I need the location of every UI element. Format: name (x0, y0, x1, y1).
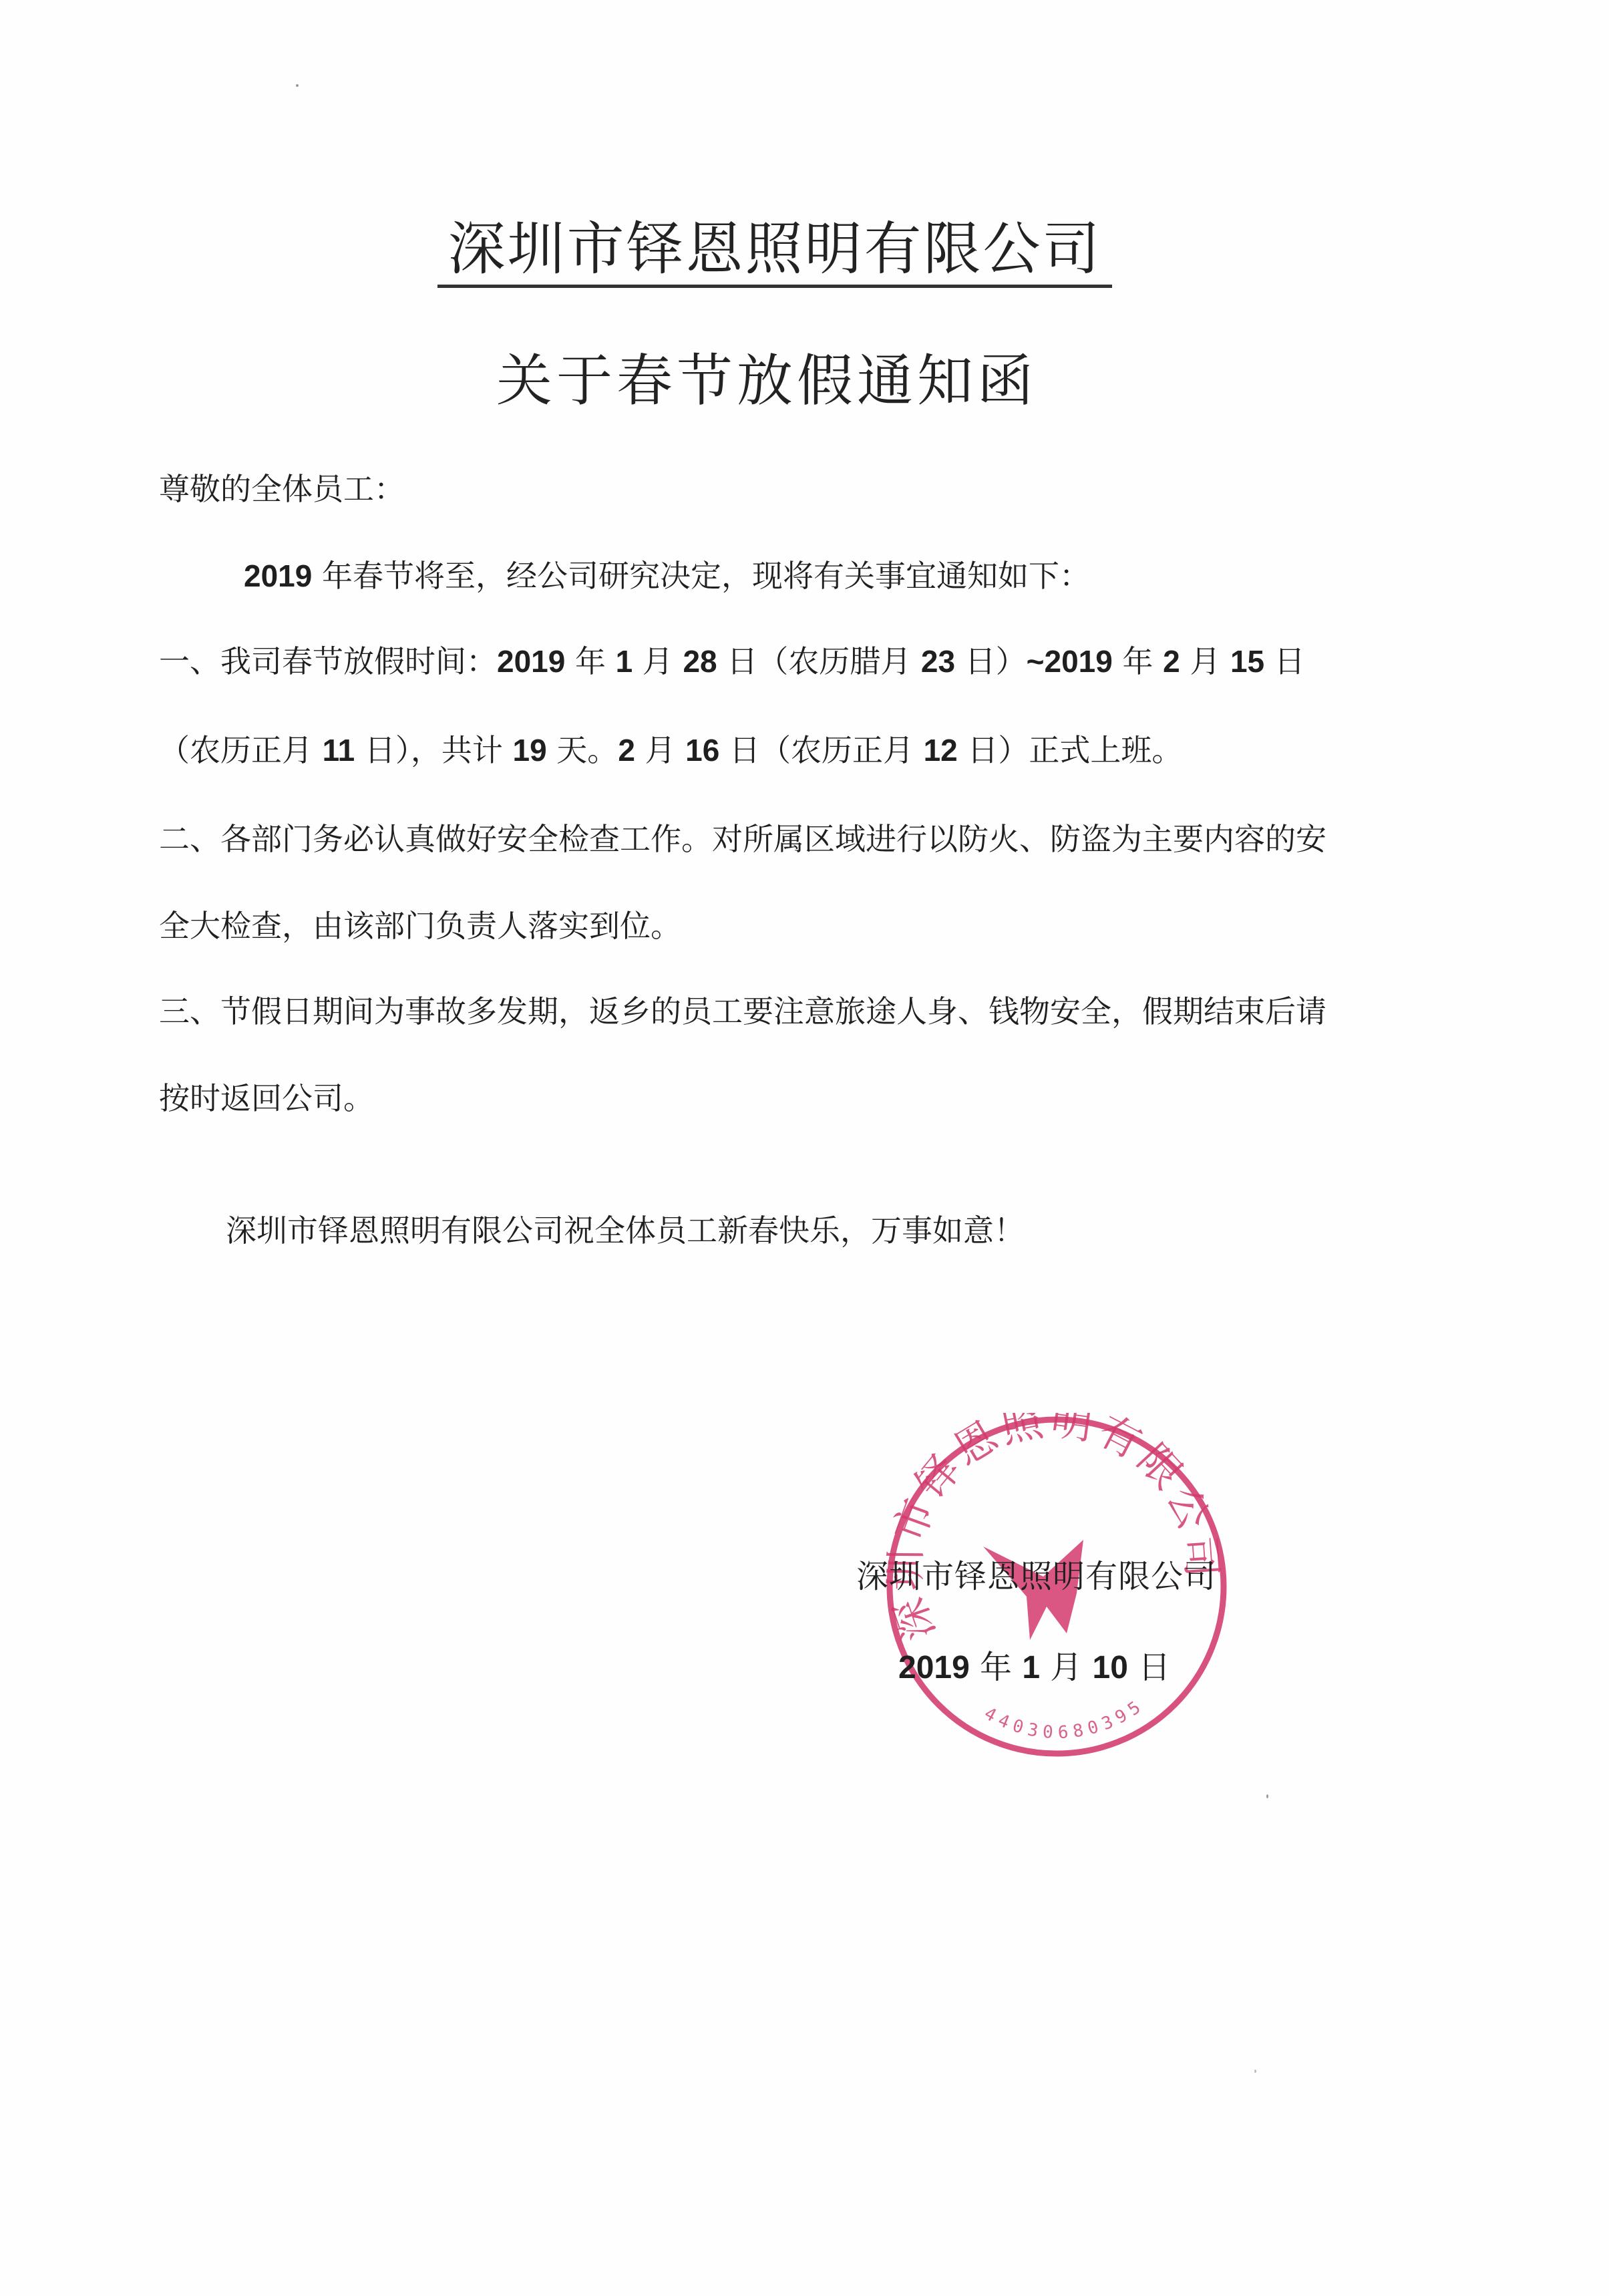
scan-speck (296, 84, 299, 87)
text: 月 (633, 643, 683, 679)
notice-title: 关于春节放假通知函 (486, 344, 1047, 418)
text: 年 (1113, 643, 1163, 679)
text: 年 (970, 1649, 1023, 1686)
intro-text: 年春节将至，经公司研究决定，现将有关事宜通知如下： (312, 558, 1090, 594)
text: 天。 (547, 732, 618, 768)
text: 日 (1264, 643, 1305, 679)
item2-line2: 全大检查，由该部门负责人落实到位。 (159, 906, 681, 946)
text: 日） (955, 643, 1027, 679)
scan-speck (1266, 1794, 1268, 1798)
title-underline (437, 285, 1112, 288)
text: 年 (565, 643, 615, 679)
document-page: 深圳市铎恩照明有限公司 关于春节放假通知函 尊敬的全体员工： 2019 年春节将… (0, 0, 1609, 2296)
text: （农历正月 (159, 732, 323, 768)
seal-registration-number: 44030680395 (980, 1695, 1149, 1744)
return-day: 16 (685, 733, 719, 768)
item2-line1: 二、各部门务必认真做好安全检查工作。对所属区域进行以防火、防盗为主要内容的安 (159, 819, 1326, 859)
text: 日 (1128, 1649, 1170, 1686)
item1-prefix: 一、我司春节放假时间： (159, 643, 497, 679)
start-year: 2019 (497, 644, 565, 679)
text: 日（农历腊月 (717, 643, 921, 679)
sign-month: 1 (1022, 1650, 1040, 1685)
signature-company: 深圳市铎恩照明有限公司 (856, 1556, 1216, 1597)
return-month: 2 (618, 733, 635, 768)
text: 月 (635, 732, 685, 768)
intro-paragraph: 2019 年春节将至，经公司研究决定，现将有关事宜通知如下： (244, 556, 1090, 596)
lunar-start-day: 23 (921, 644, 955, 679)
start-day: 28 (683, 644, 717, 679)
intro-year: 2019 (244, 558, 312, 593)
text: 月 (1040, 1649, 1093, 1686)
lunar-return-day: 12 (924, 733, 958, 768)
salutation: 尊敬的全体员工： (159, 469, 405, 509)
item3-line1: 三、节假日期间为事故多发期，返乡的员工要注意旅途人身、钱物安全，假期结束后请 (159, 991, 1326, 1031)
sign-year: 2019 (898, 1650, 970, 1685)
company-title: 深圳市铎恩照明有限公司 (437, 212, 1112, 286)
closing-greeting: 深圳市铎恩照明有限公司祝全体员工新春快乐，万事如意！ (226, 1210, 1025, 1251)
signature-date: 2019 年 1 月 10 日 (898, 1647, 1170, 1688)
scan-speck (1254, 2070, 1256, 2073)
text: 日）正式上班。 (958, 732, 1183, 768)
text: 日），共计 (355, 732, 512, 768)
sign-day: 10 (1093, 1650, 1128, 1685)
end-day: 15 (1230, 644, 1264, 679)
start-month: 1 (616, 644, 633, 679)
end-month: 2 (1163, 644, 1180, 679)
svg-text:44030680395: 44030680395 (980, 1695, 1149, 1744)
item1-line2: （农历正月 11 日），共计 19 天。2 月 16 日（农历正月 12 日）正… (159, 730, 1182, 770)
text: 月 (1180, 643, 1230, 679)
total-days: 19 (513, 733, 547, 768)
item1-line1: 一、我司春节放假时间：2019 年 1 月 28 日（农历腊月 23 日）~20… (159, 641, 1305, 681)
end-year: ~2019 (1027, 644, 1113, 679)
text: 日（农历正月 (719, 732, 923, 768)
lunar-end-day: 11 (323, 733, 355, 768)
item3-line2: 按时返回公司。 (159, 1078, 374, 1118)
